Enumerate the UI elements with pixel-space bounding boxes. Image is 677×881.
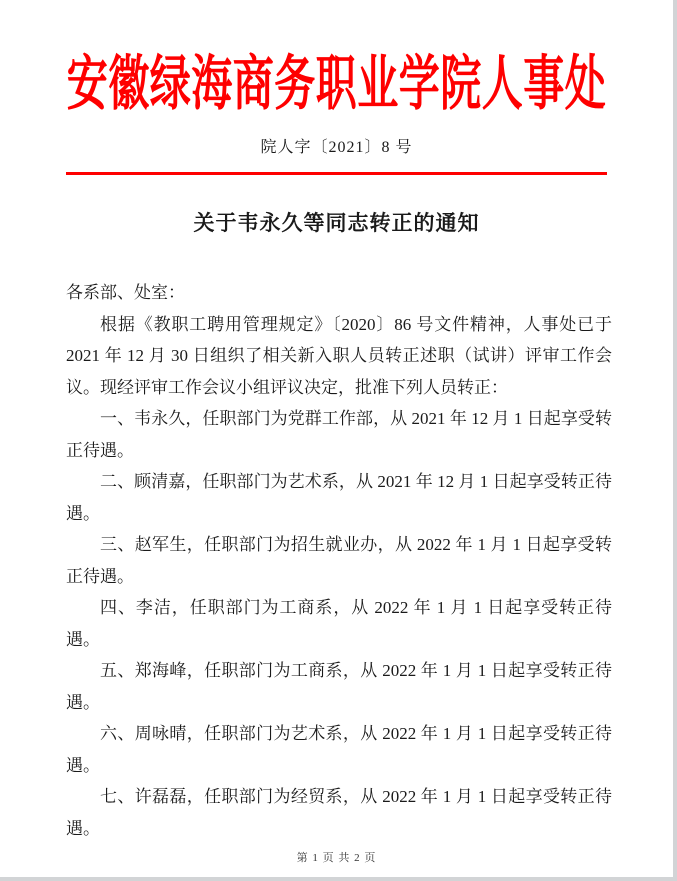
list-item-5: 五、郑海峰，任职部门为工商系，从 2022 年 1 月 1 日起享受转正待遇。 [66,655,612,718]
document-page: 安徽绿海商务职业学院人事处 院人字〔2021〕8 号 关于韦永久等同志转正的通知… [0,0,677,881]
letterhead-org-title: 安徽绿海商务职业学院人事处 [0,26,673,130]
document-body: 各系部、处室： 根据《教职工聘用管理规定》〔2020〕86 号文件精神，人事处已… [66,277,612,844]
document-number: 院人字〔2021〕8 号 [0,134,673,157]
salutation: 各系部、处室： [66,277,612,309]
list-item-2: 二、顾清嘉，任职部门为艺术系，从 2021 年 12 月 1 日起享受转正待遇。 [66,466,612,529]
page-number-indicator: 第 1 页 共 2 页 [0,849,673,865]
intro-paragraph: 根据《教职工聘用管理规定》〔2020〕86 号文件精神，人事处已于 2021 年… [66,309,612,404]
header-divider-line [66,172,607,175]
notice-title: 关于韦永久等同志转正的通知 [0,207,673,237]
list-item-4: 四、李洁，任职部门为工商系，从 2022 年 1 月 1 日起享受转正待遇。 [66,592,612,655]
list-item-1: 一、韦永久，任职部门为党群工作部，从 2021 年 12 月 1 日起享受转正待… [66,403,612,466]
list-item-3: 三、赵军生，任职部门为招生就业办，从 2022 年 1 月 1 日起享受转正待遇… [66,529,612,592]
list-item-7: 七、许磊磊，任职部门为经贸系，从 2022 年 1 月 1 日起享受转正待遇。 [66,781,612,844]
list-item-6: 六、周咏晴，任职部门为艺术系，从 2022 年 1 月 1 日起享受转正待遇。 [66,718,612,781]
